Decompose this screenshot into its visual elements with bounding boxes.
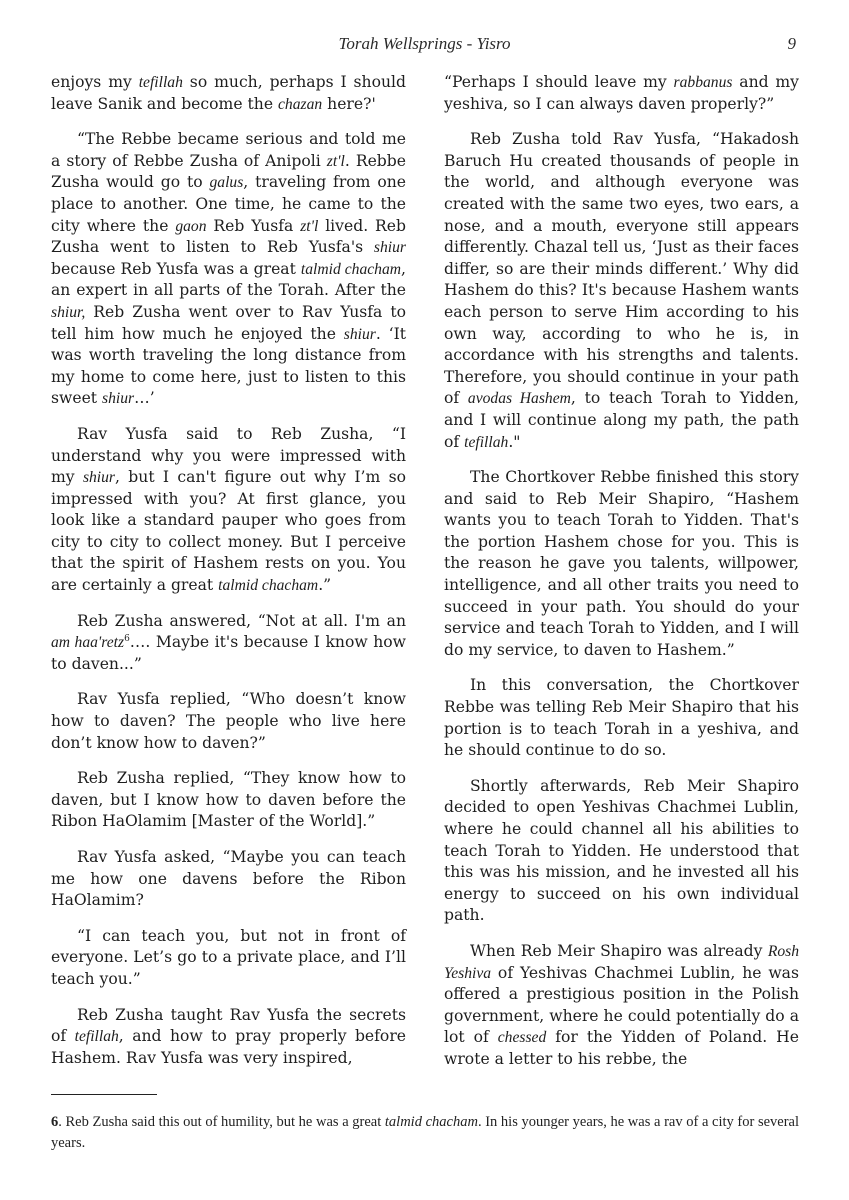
paragraph: Shortly afterwards, Reb Meir Shapiro dec… <box>444 776 799 927</box>
italic-term: avodas Hashem <box>468 390 571 407</box>
text-run: Rav Yusfa replied, “Who doesn’t know how… <box>51 690 406 751</box>
italic-term: chessed <box>498 1029 547 1046</box>
footnote: 6. Reb Zusha said this out of humility, … <box>51 1112 799 1154</box>
text-run: because Reb Yusfa was a great <box>51 260 301 278</box>
italic-term: talmid chacham <box>385 1114 478 1130</box>
paragraph: Rav Yusfa said to Reb Zusha, “I understa… <box>51 424 406 597</box>
italic-term: talmid chacham <box>301 261 401 278</box>
text-run: The Chortkover Rebbe finished this story… <box>444 468 799 659</box>
italic-term: zt'l <box>300 218 318 235</box>
italic-term: shiur <box>344 326 376 343</box>
paragraph: “I can teach you, but not in front of ev… <box>51 926 406 991</box>
italic-term: talmid chacham <box>218 577 318 594</box>
paragraph: Rav Yusfa asked, “Maybe you can teach me… <box>51 847 406 912</box>
italic-term: chazan <box>278 96 322 113</box>
text-run: .” <box>318 576 331 594</box>
text-run: Reb Zusha answered, “Not at all. I'm an <box>77 612 406 630</box>
text-run: enjoys my <box>51 73 139 91</box>
text-run: Reb Yusfa <box>207 217 301 235</box>
paragraph: Reb Zusha answered, “Not at all. I'm an … <box>51 611 406 676</box>
paragraph: “Perhaps I should leave my rabbanus and … <box>444 72 799 115</box>
page-number: 9 <box>788 34 797 54</box>
running-title: Torah Wellsprings - Yisro <box>0 34 849 54</box>
text-run: When Reb Meir Shapiro was already <box>470 942 768 960</box>
paragraph: Rav Yusfa replied, “Who doesn’t know how… <box>51 689 406 754</box>
italic-term: shiur <box>374 239 406 256</box>
right-column: “Perhaps I should leave my rabbanus and … <box>444 72 799 1085</box>
italic-term: tefillah <box>75 1028 119 1045</box>
footnote-divider <box>51 1094 157 1095</box>
text-run: here?' <box>322 95 376 113</box>
text-run: Reb Zusha told Rav Yusfa, “Hakadosh Baru… <box>444 130 799 407</box>
italic-term: tefillah <box>464 434 508 451</box>
italic-term: rabbanus <box>674 74 733 91</box>
paragraph: When Reb Meir Shapiro was already Rosh Y… <box>444 941 799 1071</box>
paragraph: In this conversation, the Chortkover Reb… <box>444 675 799 761</box>
paragraph: Reb Zusha replied, “They know how to dav… <box>51 768 406 833</box>
paragraph: The Chortkover Rebbe finished this story… <box>444 467 799 661</box>
italic-term: am haa'retz <box>51 634 124 651</box>
paragraph: Reb Zusha told Rav Yusfa, “Hakadosh Baru… <box>444 129 799 453</box>
italic-term: tefillah <box>139 74 183 91</box>
italic-term: galus <box>210 174 244 191</box>
paragraph: Reb Zusha taught Rav Yusfa the secrets o… <box>51 1005 406 1070</box>
italic-term: shiur, <box>51 304 85 321</box>
text-run: “Perhaps I should leave my <box>444 73 674 91</box>
text-run: Reb Zusha replied, “They know how to dav… <box>51 769 406 830</box>
text-run: In this conversation, the Chortkover Reb… <box>444 676 799 759</box>
italic-term: gaon <box>175 218 206 235</box>
italic-term: shiur <box>83 469 115 486</box>
text-run: …’ <box>134 389 155 407</box>
paragraph: enjoys my tefillah so much, perhaps I sh… <box>51 72 406 115</box>
italic-term: zt'l <box>327 153 345 170</box>
page-header: Torah Wellsprings - Yisro 9 <box>0 34 849 58</box>
text-run: Shortly afterwards, Reb Meir Shapiro dec… <box>444 777 799 925</box>
left-column: enjoys my tefillah so much, perhaps I sh… <box>51 72 406 1083</box>
text-run: Rav Yusfa asked, “Maybe you can teach me… <box>51 848 406 909</box>
paragraph: “The Rebbe became serious and told me a … <box>51 129 406 410</box>
text-run: , but I can't figure out why I’m so impr… <box>51 468 406 594</box>
text-run: . Reb Zusha said this out of humility, b… <box>58 1114 385 1130</box>
text-run: ." <box>508 433 520 451</box>
italic-term: shiur <box>102 390 134 407</box>
text-run: “I can teach you, but not in front of ev… <box>51 927 406 988</box>
